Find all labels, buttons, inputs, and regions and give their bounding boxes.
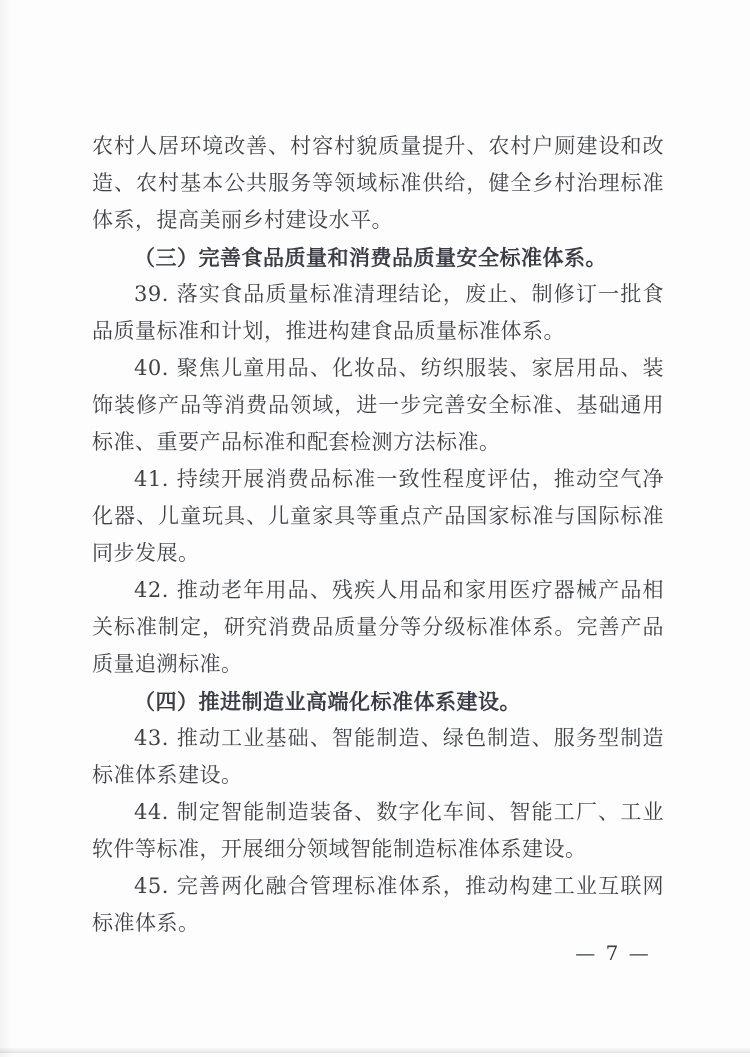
section-heading-4: （四）推进制造业高端化标准体系建设。 <box>92 683 664 720</box>
numbered-item-45: 45. 完善两化融合管理标准体系，推动构建工业互联网标准体系。 <box>92 868 664 942</box>
scan-left-edge-shadow <box>0 0 12 1057</box>
page-number: — 7 — <box>543 938 683 968</box>
numbered-item-40: 40. 聚焦儿童用品、化妆品、纺织服装、家居用品、装饰装修产品等消费品领域，进一… <box>92 350 664 461</box>
paragraph-continuation: 农村人居环境改善、村容村貌质量提升、农村户厕建设和改造、农村基本公共服务等领域标… <box>92 128 664 239</box>
scan-bottom-edge-shadow <box>0 1048 750 1053</box>
numbered-item-44: 44. 制定智能制造装备、数字化车间、智能工厂、工业软件等标准，开展细分领域智能… <box>92 794 664 868</box>
numbered-item-41: 41. 持续开展消费品标准一致性程度评估，推动空气净化器、儿童玩具、儿童家具等重… <box>92 461 664 572</box>
numbered-item-43: 43. 推动工业基础、智能制造、绿色制造、服务型制造标准体系建设。 <box>92 720 664 794</box>
section-heading-3: （三）完善食品质量和消费品质量安全标准体系。 <box>92 239 664 276</box>
document-body: 农村人居环境改善、村容村貌质量提升、农村户厕建设和改造、农村基本公共服务等领域标… <box>92 128 664 942</box>
document-page: 农村人居环境改善、村容村貌质量提升、农村户厕建设和改造、农村基本公共服务等领域标… <box>0 0 750 1057</box>
numbered-item-39: 39. 落实食品质量标准清理结论，废止、制修订一批食品质量标准和计划，推进构建食… <box>92 276 664 350</box>
numbered-item-42: 42. 推动老年用品、残疾人用品和家用医疗器械产品相关标准制定，研究消费品质量分… <box>92 572 664 683</box>
